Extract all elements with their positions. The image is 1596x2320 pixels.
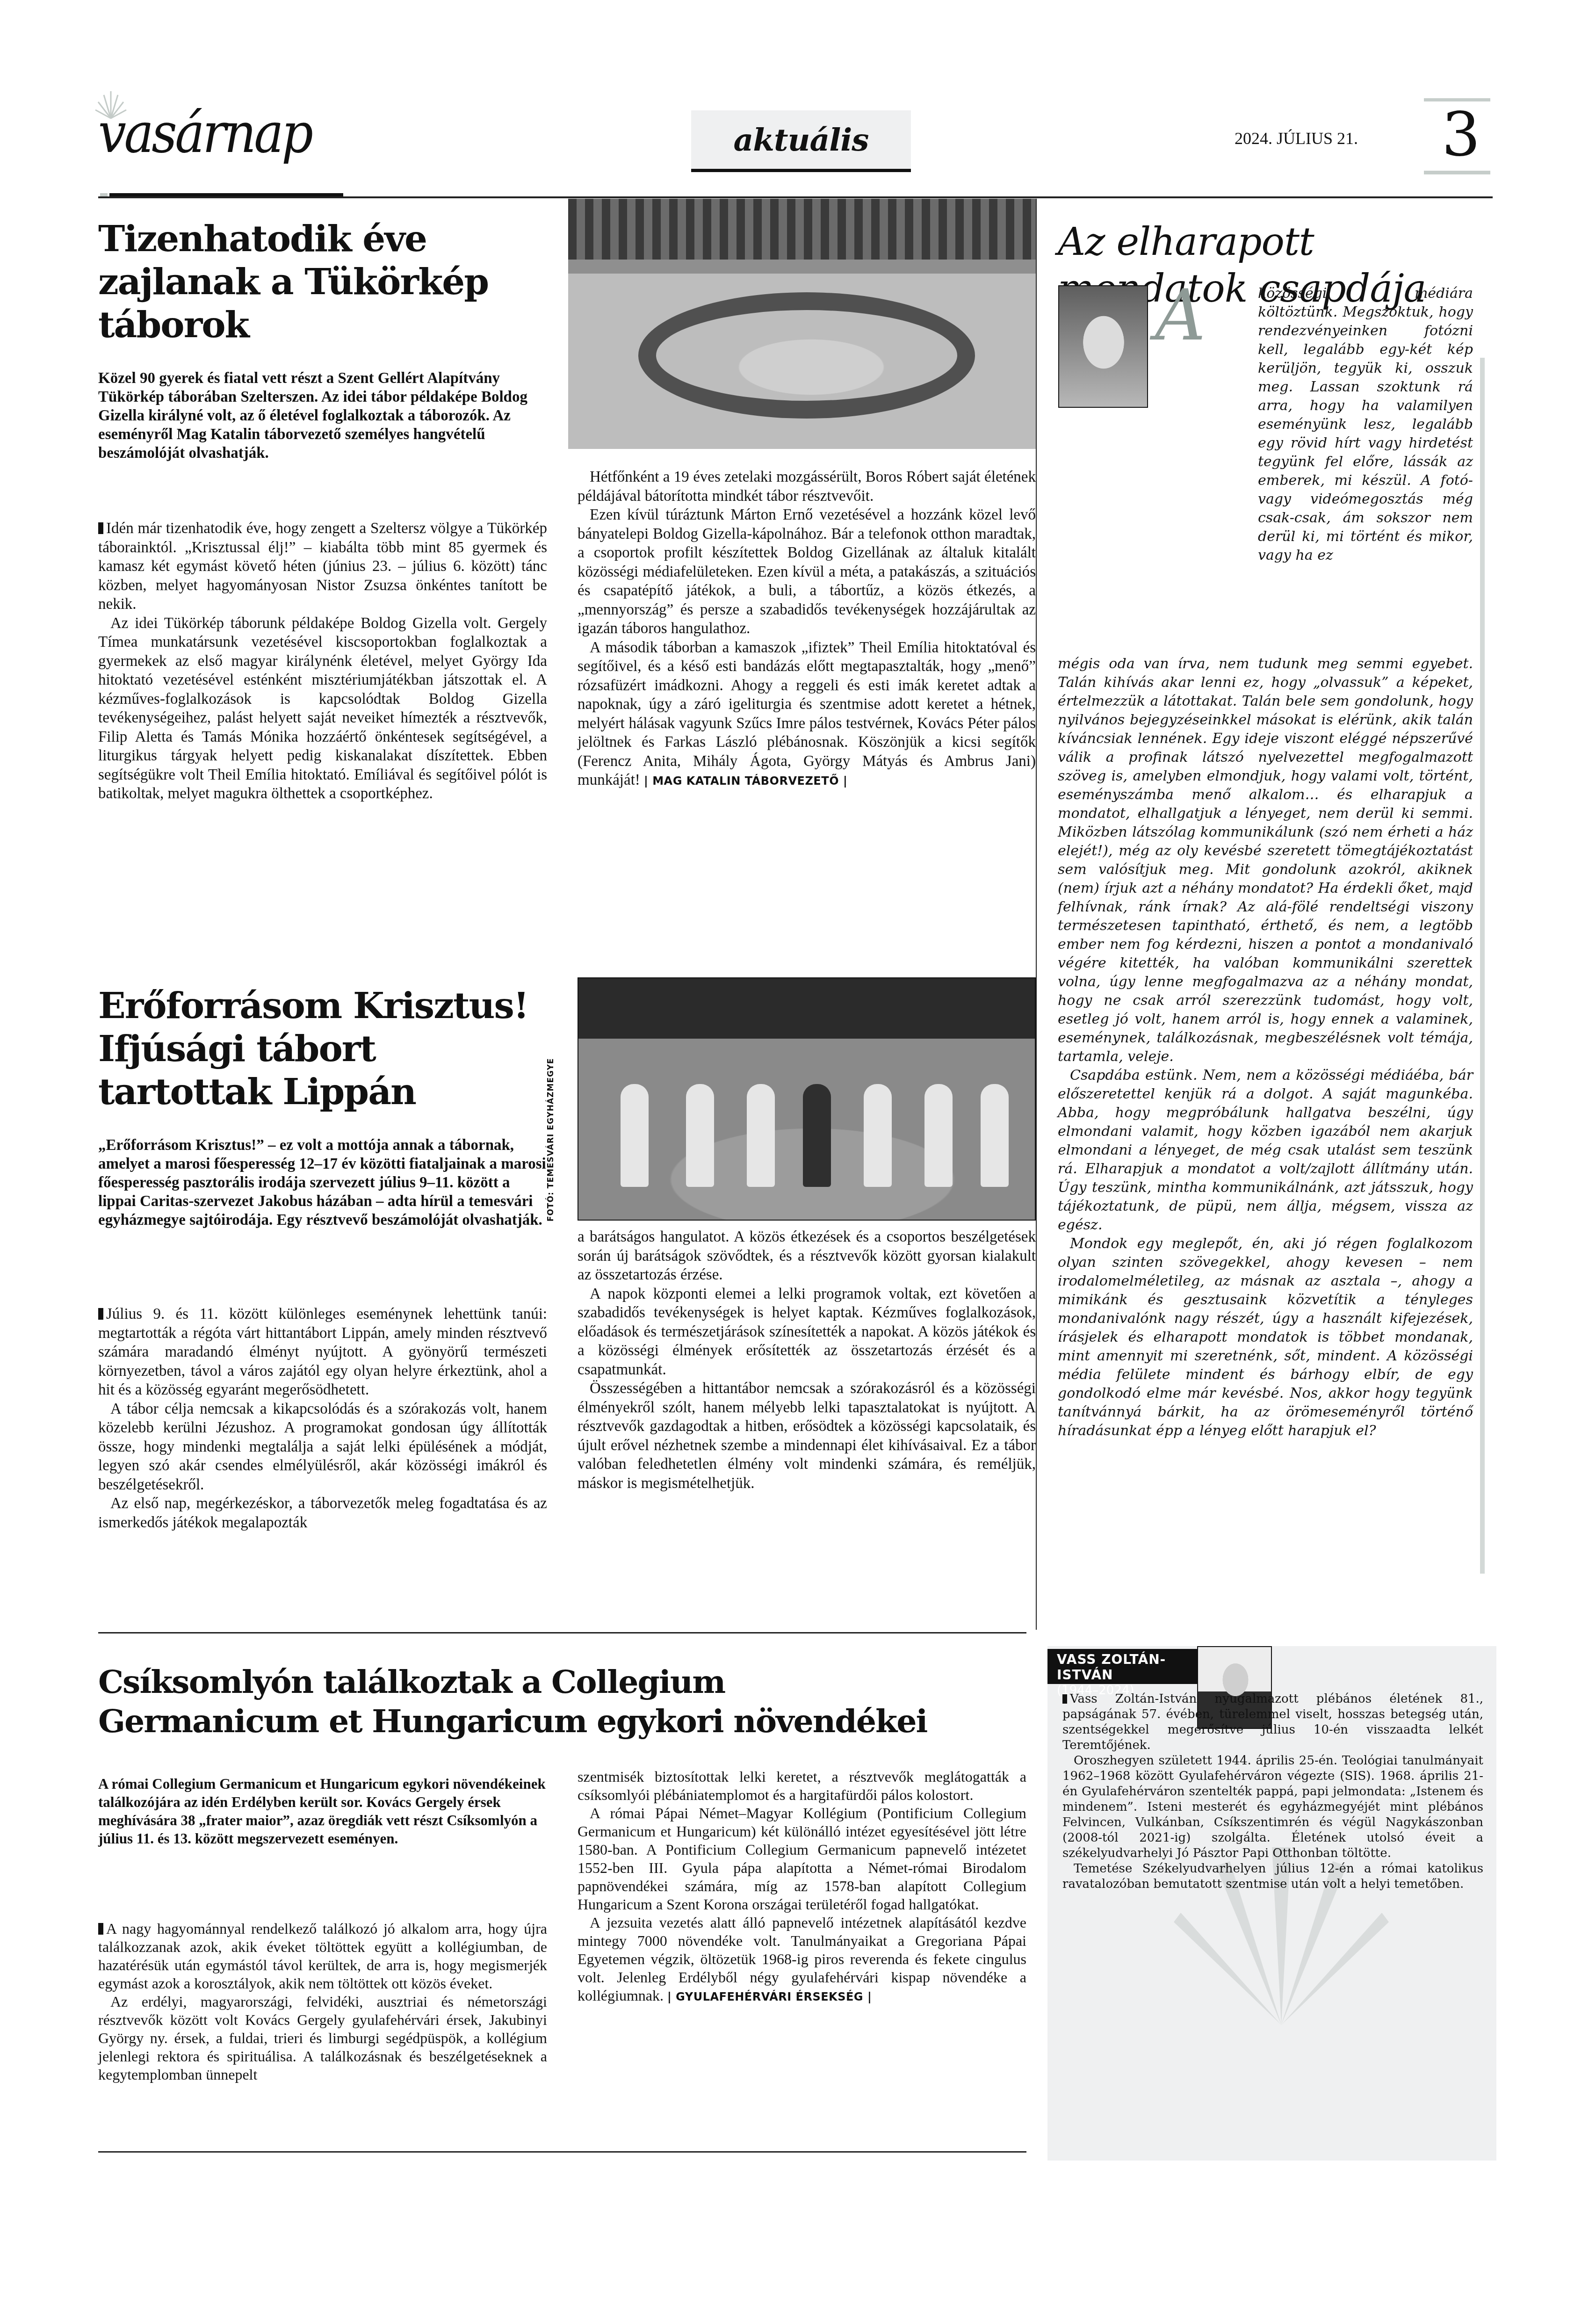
paragraph: Az erdélyi, magyarországi, felvidéki, au… xyxy=(98,1993,547,2084)
start-marker-icon xyxy=(1062,1694,1067,1704)
paragraph: Az idei Tükörkép táborunk példaképe Bold… xyxy=(98,614,547,803)
article-body-col1: Július 9. és 11. között különleges esemé… xyxy=(98,1305,547,1532)
paragraph: Az első nap, megérkezéskor, a táborvezet… xyxy=(98,1494,547,1532)
paragraph: A napok központi elemei a lelki programo… xyxy=(578,1285,1036,1380)
start-marker-icon xyxy=(98,1923,103,1935)
photo-figure xyxy=(686,1084,714,1187)
paragraph: Idén már tizenhatodik éve, hogy zengett … xyxy=(98,519,547,614)
start-marker-icon xyxy=(98,1308,103,1320)
photo-building xyxy=(568,199,1036,260)
photo-credit: FOTÓ: TEMESVÁRI EGYHÁZMEGYE xyxy=(546,1058,556,1221)
obituary-name: VASS ZOLTÁN-ISTVÁN xyxy=(1057,1652,1188,1683)
article-body-col1: A nagy hagyománnyal rendelkező találkozó… xyxy=(98,1920,547,2084)
opinion-body: mégis oda van írva, nem tudunk meg semmi… xyxy=(1058,655,1473,1440)
byline: | MAG KATALIN TÁBORVEZETŐ | xyxy=(644,774,847,788)
article-tukorkep: Tizenhatodik éve zajlanak a Tükörkép táb… xyxy=(98,217,547,463)
logo-accent xyxy=(100,193,108,196)
article-body-col2: a barátságos hangulatot. A közös étkezés… xyxy=(578,1228,1036,1493)
paragraph: A második táborban a kamaszok „ifiztek” … xyxy=(578,638,1036,791)
page-number: 3 xyxy=(1424,98,1490,175)
opinion-intro: közösségi médiára költöztünk. Megszoktuk… xyxy=(1258,284,1473,565)
photo-figure xyxy=(803,1084,831,1187)
obituary-text: Vass Zoltán-István nyugalmazott plébános… xyxy=(1062,1691,1483,1892)
paragraph: Vass Zoltán-István nyugalmazott plébános… xyxy=(1062,1691,1483,1753)
photo-figure xyxy=(747,1084,775,1187)
article-headline: Csíksomlyón találkoztak a Collegium Germ… xyxy=(98,1662,1029,1741)
paragraph: A jezsuita vezetés alatt álló papnevelő … xyxy=(578,1914,1026,2006)
paragraph: Temetése Székelyudvarhelyen július 12-én… xyxy=(1062,1861,1483,1892)
paragraph: Összességében a hittantábor nemcsak a sz… xyxy=(578,1379,1036,1493)
drop-cap: A xyxy=(1155,281,1206,351)
paragraph: A római Pápai Német–Magyar Kollégium (Po… xyxy=(578,1804,1026,1914)
paragraph: szentmisék biztosítottak lelki keretet, … xyxy=(578,1768,1026,1804)
section-label: aktuális xyxy=(691,110,911,172)
article-lead: Közel 90 gyerek és fiatal vett részt a S… xyxy=(98,369,547,463)
bottom-rule xyxy=(98,2151,1026,2153)
article-body-col2: szentmisék biztosítottak lelki keretet, … xyxy=(578,1768,1026,2006)
paragraph: Oroszhegyen született 1944. április 25-é… xyxy=(1062,1753,1483,1861)
article-collegium: Csíksomlyón találkoztak a Collegium Germ… xyxy=(98,1662,1029,1741)
article-lead: A római Collegium Germanicum et Hungaric… xyxy=(98,1775,547,1848)
article-body-col1: Idén már tizenhatodik éve, hogy zengett … xyxy=(98,519,547,803)
issue-date: 2024. JÚLIUS 21. xyxy=(1235,129,1358,148)
paragraph: a barátságos hangulatot. A közös étkezés… xyxy=(578,1228,1036,1285)
article-headline: Tizenhatodik éve zajlanak a Tükörkép táb… xyxy=(98,217,547,347)
paragraph: Július 9. és 11. között különleges esemé… xyxy=(98,1305,547,1400)
obituary-header: VASS ZOLTÁN-ISTVÁN (1944–2024) xyxy=(1047,1649,1197,1684)
logo-text: vasárnap xyxy=(98,105,311,160)
article-lead: „Erőforrásom Krisztus!” – ez volt a mott… xyxy=(98,1136,547,1229)
section-rule xyxy=(98,1632,1026,1633)
photo-figure xyxy=(621,1084,649,1187)
masthead-logo: vasárnap xyxy=(98,101,341,171)
article-body-col2: Hétfőnként a 19 éves zetelaki mozgássérü… xyxy=(578,468,1036,791)
youth-camp-photo xyxy=(578,977,1036,1221)
masthead-rule xyxy=(98,196,1493,198)
opinion-sidebar-bar xyxy=(1480,358,1485,1574)
paragraph: Mondok egy meglepőt, én, aki jó régen fo… xyxy=(1058,1235,1473,1440)
page-number-bar-bottom xyxy=(1424,171,1490,174)
photo-figure xyxy=(864,1084,892,1187)
paragraph: mégis oda van írva, nem tudunk meg semmi… xyxy=(1058,655,1473,1066)
paragraph: Hétfőnként a 19 éves zetelaki mozgássérü… xyxy=(578,468,1036,506)
article-headline: Erőforrásom Krisztus! Ifjúsági tábort ta… xyxy=(98,984,547,1113)
column-divider xyxy=(1036,199,1037,1630)
logo-underline xyxy=(109,193,343,196)
author-photo-frame xyxy=(1058,285,1148,408)
article-lippa: Erőforrásom Krisztus! Ifjúsági tábort ta… xyxy=(98,984,547,1229)
paragraph: A tábor célja nemcsak a kikapcsolódás és… xyxy=(98,1400,547,1495)
photo-figure xyxy=(981,1084,1009,1187)
start-marker-icon xyxy=(98,522,103,534)
camp-group-photo xyxy=(568,199,1036,449)
obituary-box: VASS ZOLTÁN-ISTVÁN (1944–2024) Vass Zolt… xyxy=(1047,1646,1496,2161)
paragraph: A nagy hagyománnyal rendelkező találkozó… xyxy=(98,1920,547,1993)
section-label-text: aktuális xyxy=(733,122,868,158)
paragraph: Csapdába estünk. Nem, nem a közösségi mé… xyxy=(1058,1066,1473,1235)
photo-figure xyxy=(924,1084,953,1187)
paragraph: Ezen kívül túráztunk Márton Ernő vezetés… xyxy=(578,506,1036,638)
page-number-value: 3 xyxy=(1442,104,1480,165)
byline: | GYULAFEHÉRVÁRI ÉRSEKSÉG | xyxy=(667,1990,872,2003)
photo-circle-of-children xyxy=(638,292,975,419)
